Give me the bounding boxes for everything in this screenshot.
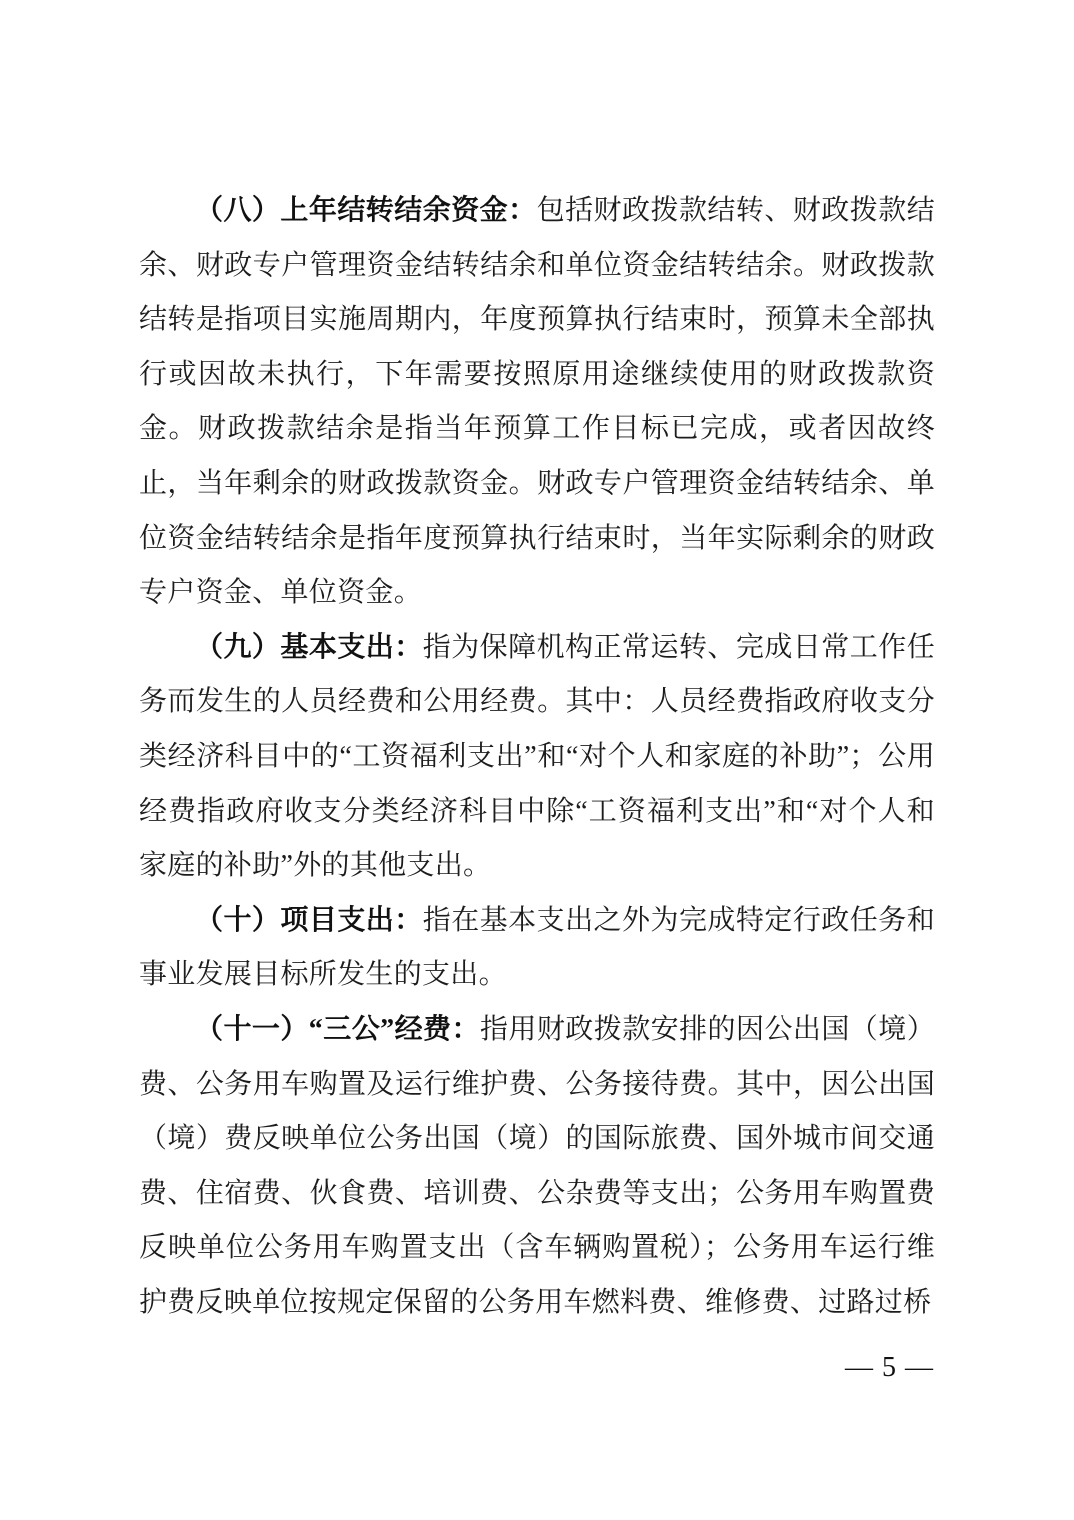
paragraph-8-term: （八）上年结转结余资金： — [195, 195, 537, 226]
paragraph-11-term: （十一）“三公”经费： — [195, 1014, 480, 1045]
document-page: （八）上年结转结余资金：包括财政拨款结转、财政拨款结余、财政专户管理资金结转结余… — [0, 0, 1074, 1520]
document-body: （八）上年结转结余资金：包括财政拨款结转、财政拨款结余、财政专户管理资金结转结余… — [139, 184, 935, 1330]
paragraph-8-text: 包括财政拨款结转、财政拨款结余、财政专户管理资金结转结余和单位资金结转结余。财政… — [139, 195, 935, 608]
paragraph-8: （八）上年结转结余资金：包括财政拨款结转、财政拨款结余、财政专户管理资金结转结余… — [139, 184, 935, 621]
page-number: — 5 — — [845, 1352, 934, 1384]
paragraph-11: （十一）“三公”经费：指用财政拨款安排的因公出国（境）费、公务用车购置及运行维护… — [139, 1003, 935, 1331]
paragraph-9-text: 指为保障机构正常运转、完成日常工作任务而发生的人员经费和公用经费。其中：人员经费… — [139, 632, 935, 881]
paragraph-9: （九）基本支出：指为保障机构正常运转、完成日常工作任务而发生的人员经费和公用经费… — [139, 621, 935, 894]
paragraph-9-term: （九）基本支出： — [195, 632, 423, 663]
paragraph-11-text: 指用财政拨款安排的因公出国（境）费、公务用车购置及运行维护费、公务接待费。其中，… — [139, 1014, 935, 1318]
paragraph-10-term: （十）项目支出： — [195, 905, 423, 936]
paragraph-10: （十）项目支出：指在基本支出之外为完成特定行政任务和事业发展目标所发生的支出。 — [139, 894, 935, 1003]
